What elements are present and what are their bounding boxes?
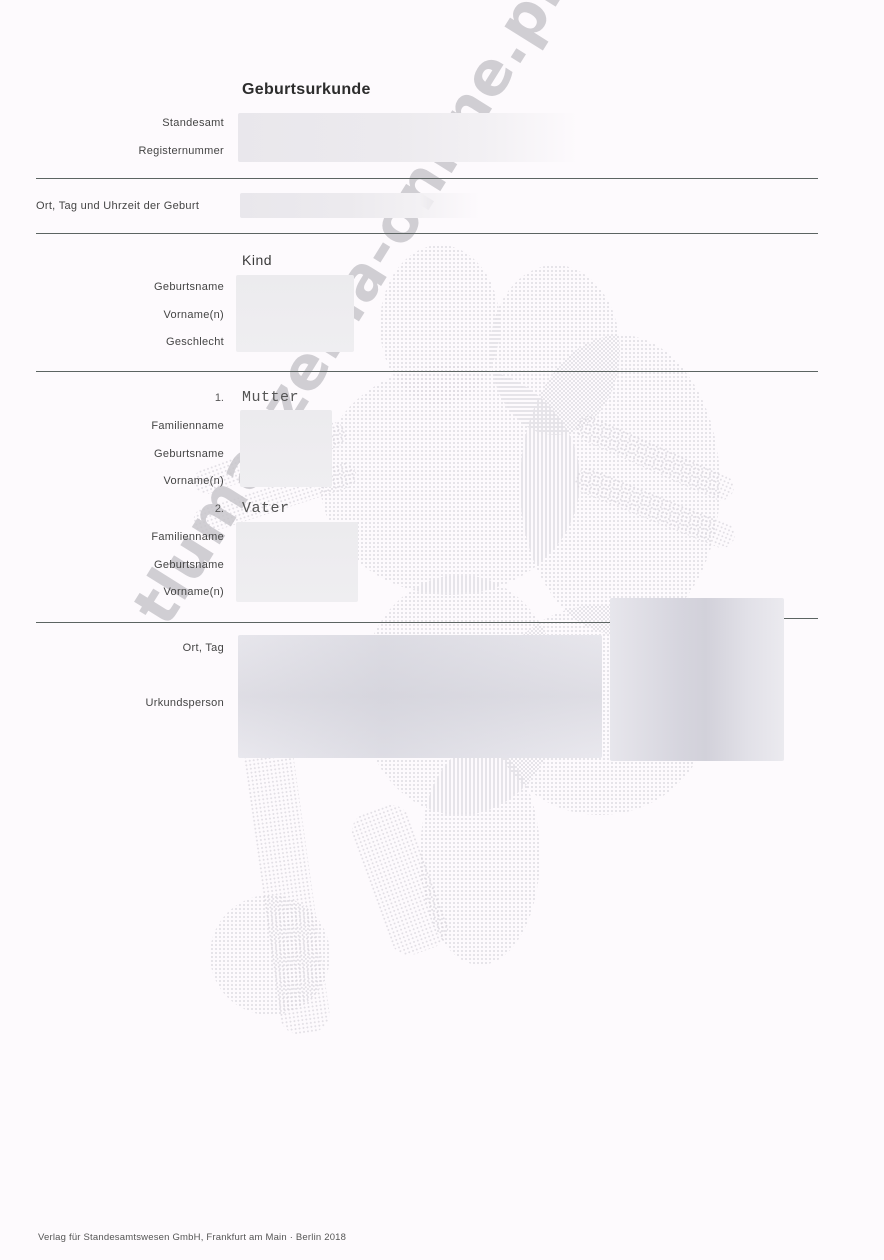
mother-section-heading: Mutter <box>242 389 299 406</box>
father-first-names-label: Vorname(n) <box>164 586 224 598</box>
divider <box>784 618 818 619</box>
child-first-names-label: Vorname(n) <box>164 309 224 321</box>
father-section-heading: Vater <box>242 500 290 517</box>
child-fields-redaction <box>236 275 354 352</box>
child-sex-label: Geschlecht <box>166 336 224 348</box>
birth-certificate-page: tlumaczenia-online.pl Geburtsurkunde Sta… <box>0 0 884 1260</box>
document-title: Geburtsurkunde <box>242 81 371 99</box>
standesamt-label: Standesamt <box>162 117 224 129</box>
mother-fields-redaction <box>240 410 332 487</box>
mother-first-names-label: Vorname(n) <box>164 475 224 487</box>
mother-family-name-label: Familienname <box>151 420 224 432</box>
divider <box>36 371 818 372</box>
official-seal-redaction <box>610 598 784 761</box>
divider <box>36 178 818 179</box>
registernummer-label: Registernummer <box>138 145 224 157</box>
mother-section-number: 1. <box>215 392 224 404</box>
child-section-heading: Kind <box>242 252 272 268</box>
father-birth-name-label: Geburtsname <box>154 559 224 571</box>
publisher-footer: Verlag für Standesamtswesen GmbH, Frankf… <box>38 1232 346 1243</box>
issuance-place-date-label: Ort, Tag <box>183 642 224 654</box>
header-fields-redaction <box>238 113 578 162</box>
birth-place-date-redaction <box>240 193 480 218</box>
registrar-label: Urkundsperson <box>146 697 225 709</box>
child-birth-name-label: Geburtsname <box>154 281 224 293</box>
issuance-signature-redaction <box>238 635 602 758</box>
mother-birth-name-label: Geburtsname <box>154 448 224 460</box>
father-fields-redaction <box>236 522 358 602</box>
birth-place-date-label: Ort, Tag und Uhrzeit der Geburt <box>36 200 199 212</box>
father-family-name-label: Familienname <box>151 531 224 543</box>
divider <box>36 233 818 234</box>
father-section-number: 2. <box>215 503 224 515</box>
divider <box>36 622 612 623</box>
